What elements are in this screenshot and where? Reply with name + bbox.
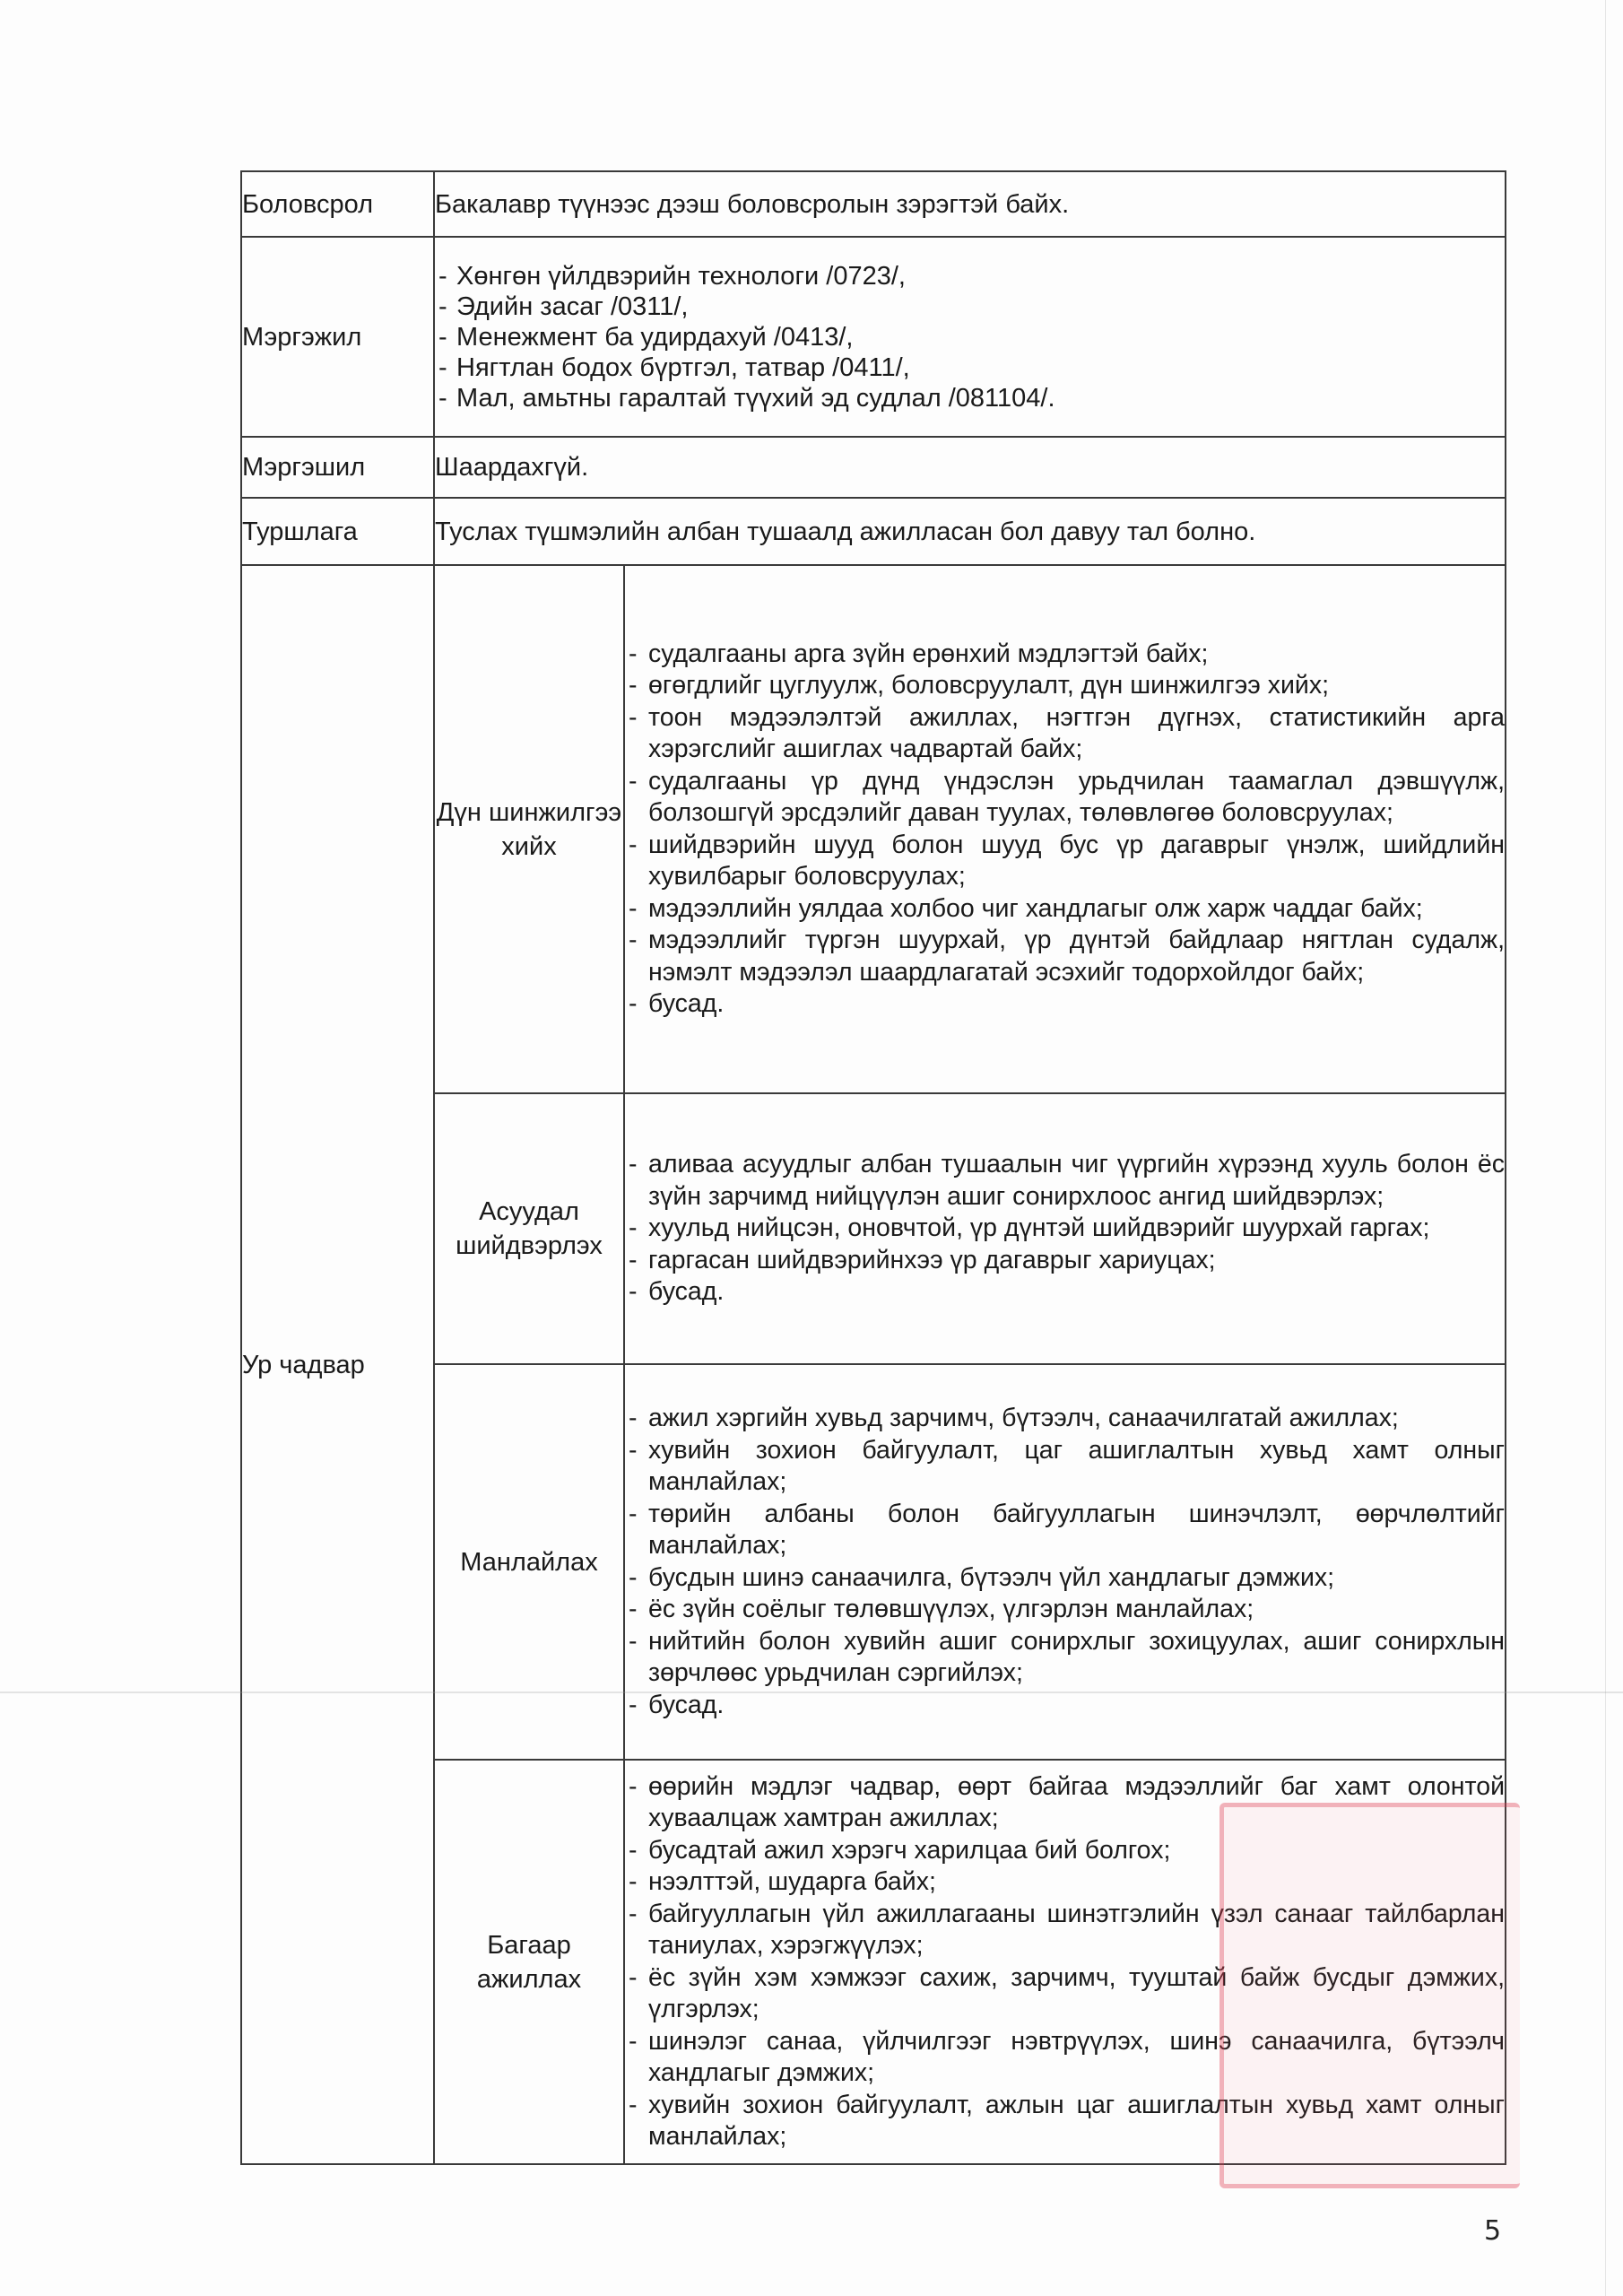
list-item: өгөгдлийг цуглуулж, боловсруулалт, дүн ш… — [625, 670, 1505, 702]
skill-list: өөрийн мэдлэг чадвар, өөрт байгаа мэдээл… — [625, 1771, 1505, 2153]
specialty-value: Хөнгөн үйлдвэрийн технологи /0723/, Эдий… — [434, 237, 1506, 437]
list-item: нээлттэй, шударга байх; — [625, 1866, 1505, 1899]
list-item: бусад. — [625, 1276, 1505, 1309]
skill-group-name: Багаар ажиллах — [434, 1760, 624, 2164]
skill-list: судалгааны арга зүйн ерөнхий мэдлэгтэй б… — [625, 639, 1505, 1021]
list-item: ёс зүйн хэм хэмжээг сахиж, зарчимч, тууш… — [625, 1962, 1505, 2026]
skill-list: ажил хэргийн хувьд зарчимч, бүтээлч, сан… — [625, 1403, 1505, 1721]
list-item: бусад. — [625, 1690, 1505, 1722]
list-item: төрийн албаны болон байгууллагын шинэчлэ… — [625, 1499, 1505, 1562]
list-item: Менежмент ба удирдахуй /0413/, — [435, 322, 1505, 352]
list-item: судалгааны арга зүйн ерөнхий мэдлэгтэй б… — [625, 639, 1505, 671]
list-item: мэдээллийн уялдаа холбоо чиг хандлагыг о… — [625, 893, 1505, 926]
list-item: судалгааны үр дүнд үндэслэн урьдчилан та… — [625, 766, 1505, 830]
education-label: Боловсрол — [241, 171, 434, 237]
list-item: мэдээллийг түргэн шуурхай, үр дүнтэй бай… — [625, 925, 1505, 988]
list-item: нийтийн болон хувийн ашиг сонирхлыг зохи… — [625, 1626, 1505, 1690]
list-item: хувийн зохион байгуулалт, цаг ашиглалтын… — [625, 1435, 1505, 1499]
qualification-value: Шаардахгүй. — [434, 437, 1506, 498]
row-education: Боловсрол Бакалавр түүнээс дээш боловсро… — [241, 171, 1506, 237]
experience-label: Туршлага — [241, 498, 434, 565]
list-item: гаргасан шийдвэрийнхээ үр дагаврыг хариу… — [625, 1245, 1505, 1277]
qualification-label: Мэргэшил — [241, 437, 434, 498]
list-item: Мал, амьтны гаралтай түүхий эд судлал /0… — [435, 383, 1505, 413]
list-item: хуульд нийцсэн, оновчтой, үр дүнтэй шийд… — [625, 1213, 1505, 1245]
list-item: бусадтай ажил хэрэгч харилцаа бий болгох… — [625, 1835, 1505, 1867]
skill-group-items: ажил хэргийн хувьд зарчимч, бүтээлч, сан… — [624, 1364, 1506, 1760]
specialty-list: Хөнгөн үйлдвэрийн технологи /0723/, Эдий… — [435, 261, 1505, 413]
list-item: аливаа асуудлыг албан тушаалын чиг үүрги… — [625, 1149, 1505, 1213]
specialty-label: Мэргэжил — [241, 237, 434, 437]
list-item: Хөнгөн үйлдвэрийн технологи /0723/, — [435, 261, 1505, 291]
paper-fold-line — [0, 1692, 1623, 1693]
list-item: шийдвэрийн шууд болон шууд бус үр дагавр… — [625, 830, 1505, 893]
skill-list: аливаа асуудлыг албан тушаалын чиг үүрги… — [625, 1149, 1505, 1309]
education-value: Бакалавр түүнээс дээш боловсролын зэрэгт… — [434, 171, 1506, 237]
row-experience: Туршлага Туслах түшмэлийн албан тушаалд … — [241, 498, 1506, 565]
skill-group-name: Дүн шинжилгээ хийх — [434, 565, 624, 1093]
row-specialty: Мэргэжил Хөнгөн үйлдвэрийн технологи /07… — [241, 237, 1506, 437]
row-qualification: Мэргэшил Шаардахгүй. — [241, 437, 1506, 498]
skill-group-name: Манлайлах — [434, 1364, 624, 1760]
list-item: байгууллагын үйл ажиллагааны шинэтгэлийн… — [625, 1899, 1505, 1962]
list-item: хувийн зохион байгуулалт, ажлын цаг ашиг… — [625, 2090, 1505, 2153]
row-skill-analysis: Ур чадвар Дүн шинжилгээ хийх судалгааны … — [241, 565, 1506, 1093]
list-item: өөрийн мэдлэг чадвар, өөрт байгаа мэдээл… — [625, 1771, 1505, 1835]
skill-group-items: судалгааны арга зүйн ерөнхий мэдлэгтэй б… — [624, 565, 1506, 1093]
list-item: ёс зүйн соёлыг төлөвшүүлэх, үлгэрлэн ман… — [625, 1594, 1505, 1626]
list-item: бусдын шинэ санаачилга, бүтээлч үйл ханд… — [625, 1562, 1505, 1595]
skill-group-name: Асуудал шийдвэрлэх — [434, 1093, 624, 1364]
skills-label: Ур чадвар — [241, 565, 434, 2164]
list-item: ажил хэргийн хувьд зарчимч, бүтээлч, сан… — [625, 1403, 1505, 1435]
skill-group-items: өөрийн мэдлэг чадвар, өөрт байгаа мэдээл… — [624, 1760, 1506, 2164]
requirements-table: Боловсрол Бакалавр түүнээс дээш боловсро… — [240, 170, 1506, 2165]
list-item: Эдийн засаг /0311/, — [435, 291, 1505, 322]
list-item: бусад. — [625, 988, 1505, 1021]
skill-group-items: аливаа асуудлыг албан тушаалын чиг үүрги… — [624, 1093, 1506, 1364]
list-item: тоон мэдээлэлтэй ажиллах, нэгтгэн дүгнэх… — [625, 702, 1505, 766]
list-item: Нягтлан бодох бүртгэл, татвар /0411/, — [435, 352, 1505, 383]
experience-value: Туслах түшмэлийн албан тушаалд ажилласан… — [434, 498, 1506, 565]
list-item: шинэлэг санаа, үйлчилгээг нэвтрүүлэх, ши… — [625, 2026, 1505, 2090]
page-number: 5 — [1484, 2215, 1501, 2247]
page-edge — [1605, 0, 1606, 2296]
